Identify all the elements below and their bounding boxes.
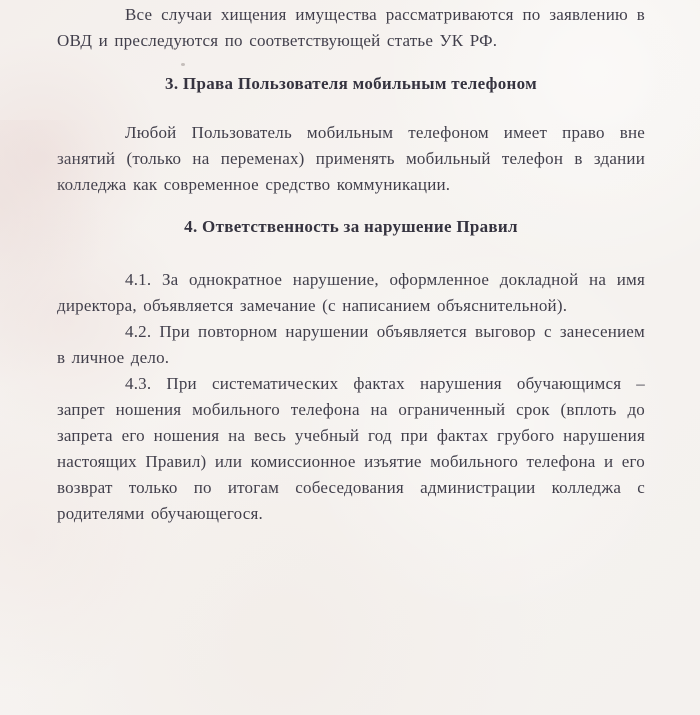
scanned-document-page: Все случаи хищения имущества рассматрива…: [0, 0, 700, 715]
section-4-heading: 4. Ответственность за нарушение Правил: [57, 214, 645, 240]
section-4-item-4-3: 4.3. При систематических фактах нарушени…: [57, 371, 645, 527]
paragraph-theft-cases: Все случаи хищения имущества рассматрива…: [57, 2, 645, 54]
section-3-heading: 3. Права Пользователя мобильным телефоно…: [57, 71, 645, 97]
section-3-paragraph: Любой Пользователь мобильным телефоном и…: [57, 120, 645, 198]
section-4-item-4-1: 4.1. За однократное нарушение, оформленн…: [57, 267, 645, 319]
scan-speck: [181, 63, 185, 66]
section-4-item-4-2: 4.2. При повторном нарушении объявляется…: [57, 319, 645, 371]
